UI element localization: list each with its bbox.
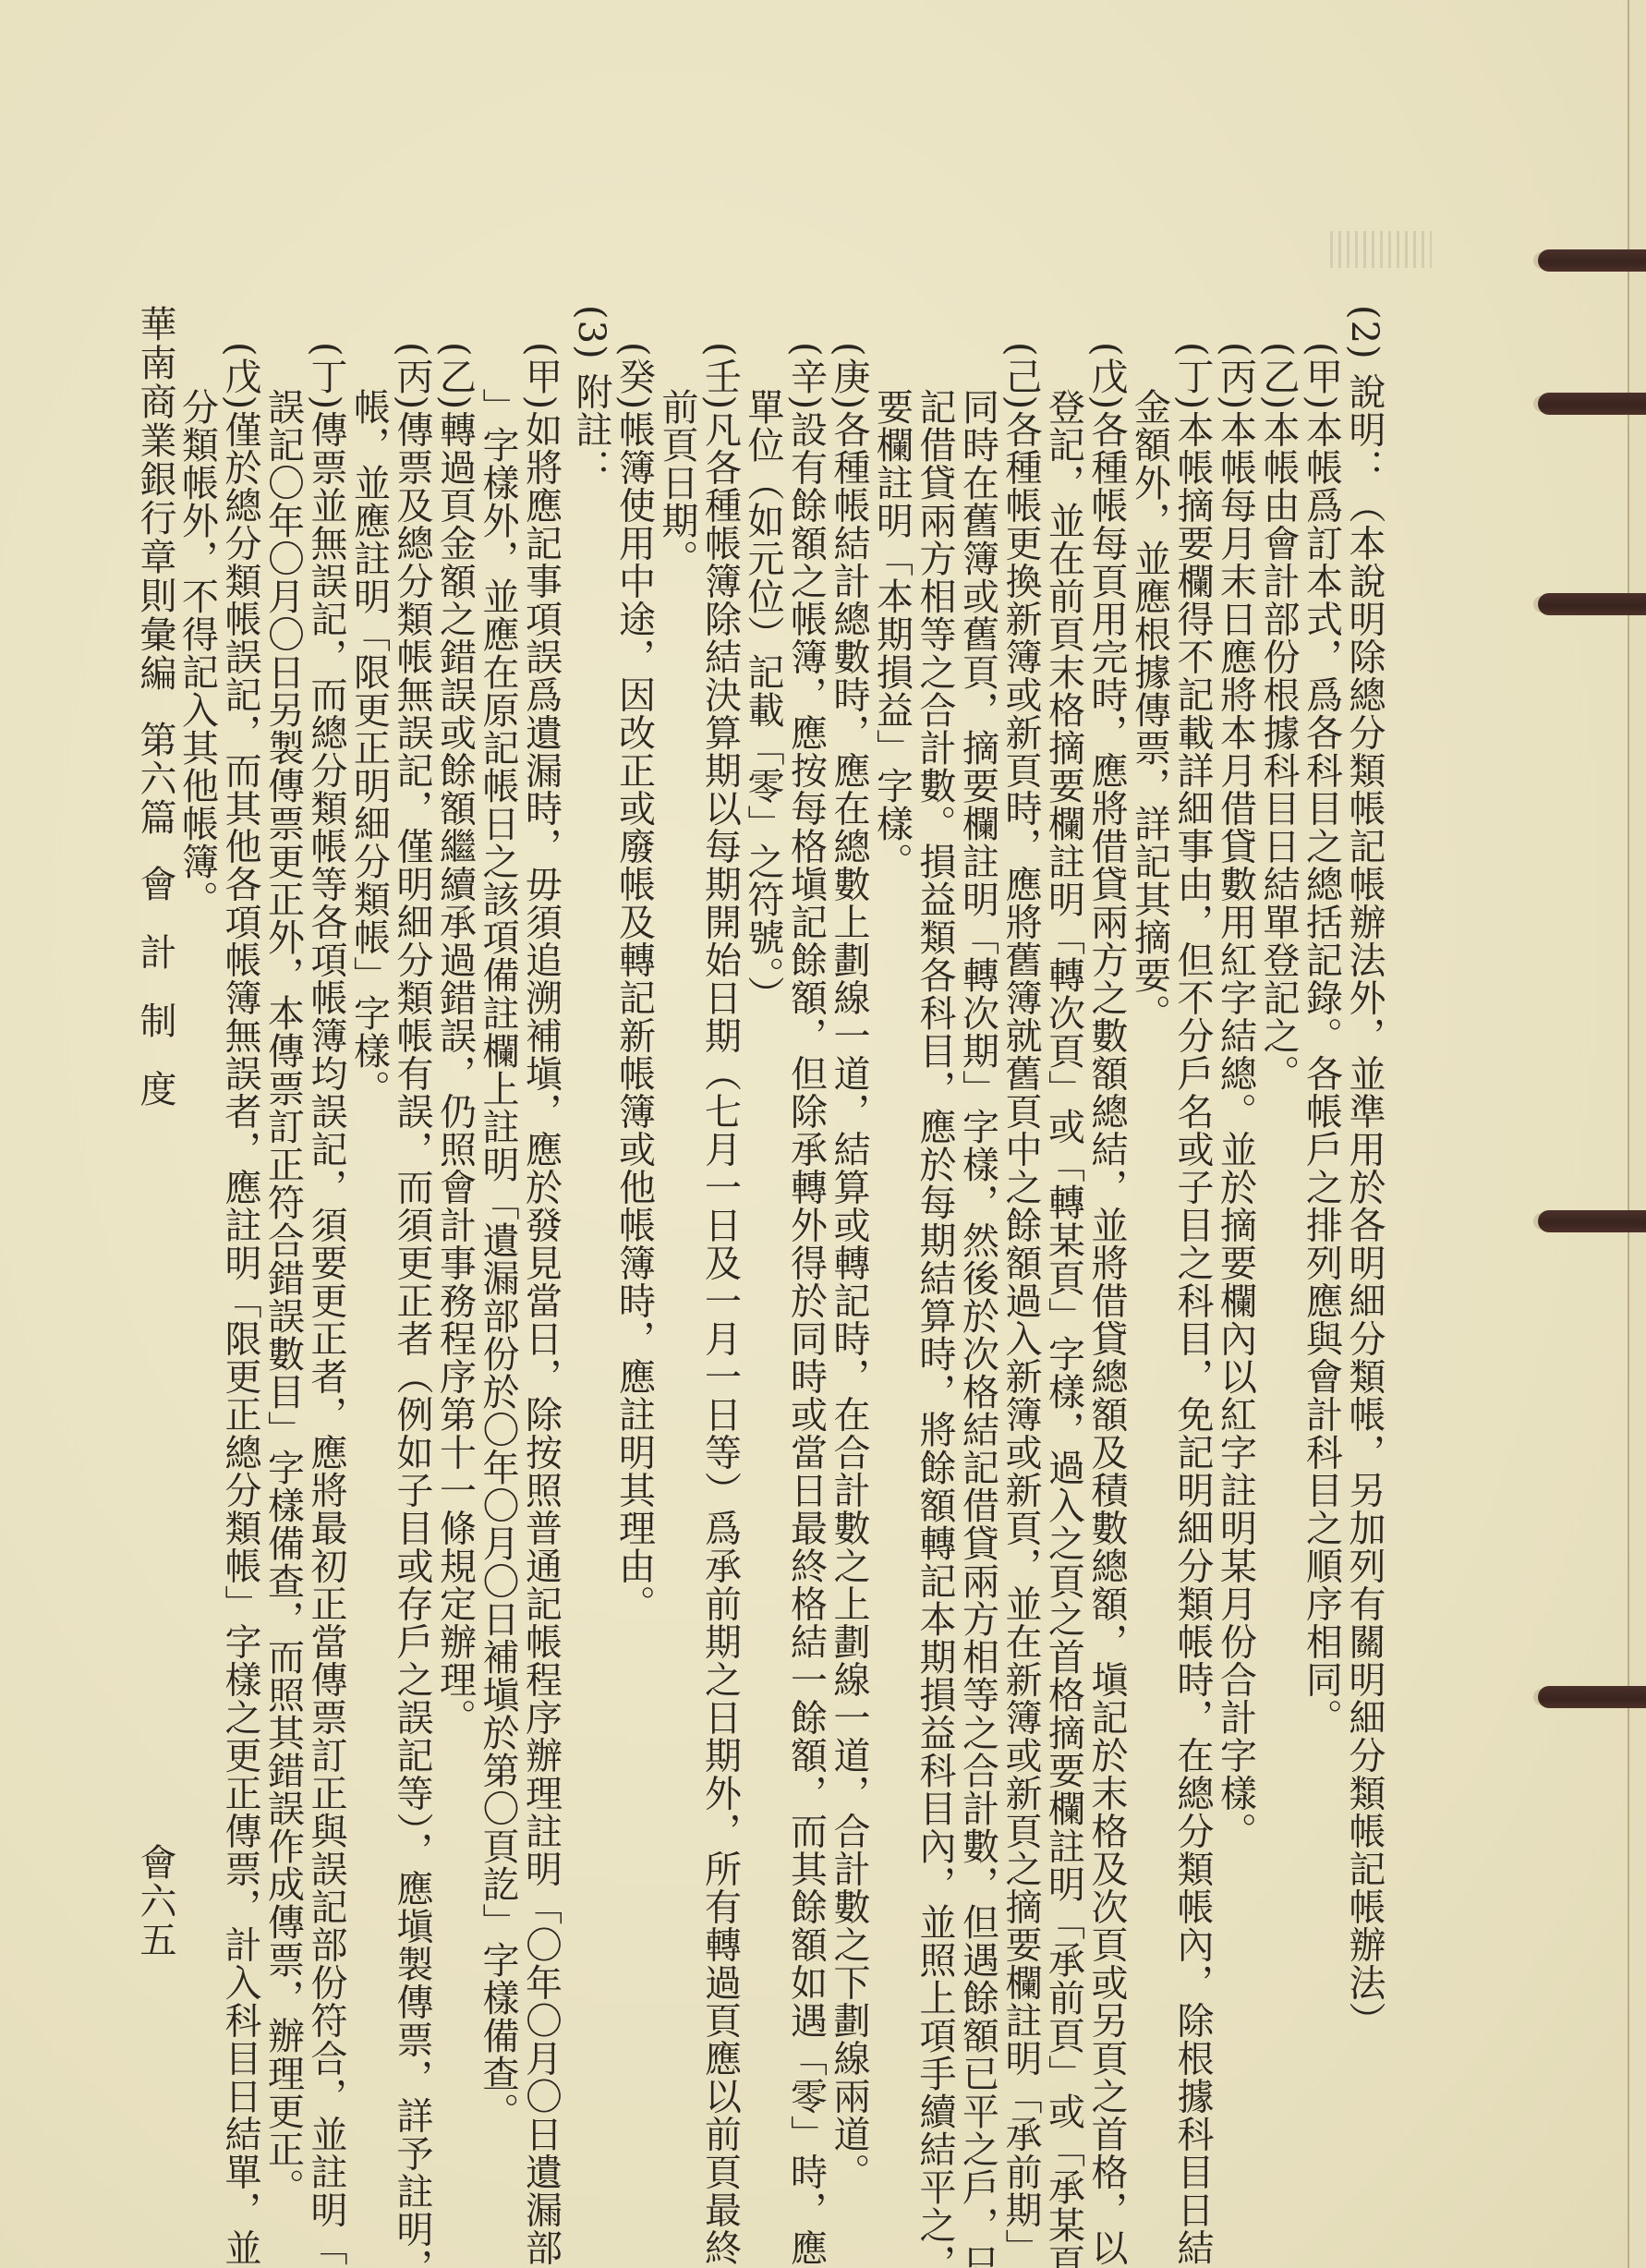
binding-cord: [1538, 393, 1646, 415]
clause-line: (辛)設有餘額之帳簿，應按每格塡記餘額，但除承轉外得於同時或當日最終格結一餘額，…: [784, 305, 828, 1968]
page-edge: [1628, 0, 1646, 2268]
section-3-items: (甲)如將應記事項誤爲遺漏時，毋須追溯補塡，應於發見當日，除按照普通記帳程序辦理…: [175, 305, 563, 1968]
clause-line: (戊)僅於總分類帳誤記，而其他各項帳簿無誤者，應註明「限更正總分類帳」字樣之更正…: [219, 305, 262, 1968]
binding-cord: [1538, 249, 1646, 272]
clause-continuation-line: 前頁日期。: [656, 305, 699, 1968]
clause-continuation-line: 誤記〇年〇月〇日另製傳票更正外，本傳票訂正符合錯誤數目」字樣備查，而照其錯誤作成…: [261, 305, 305, 1968]
binding-cord: [1538, 593, 1646, 615]
clause-line: (壬)凡各種帳簿除結決算期以每期開始日期（七月一日及一月一日等）爲承前期之日期外…: [698, 305, 742, 1968]
clause-line: (丁)傳票並無誤記，而總分類帳等各項帳簿均誤記，須要更正者，應將最初正當傳票訂正…: [305, 305, 348, 1968]
book-title: 華南商業銀行章則彙編: [134, 305, 176, 693]
clause-line: (丙)本帳每月末日應將本月借貸數用紅字結總。並於摘要欄內以紅字註明某月份合計字樣…: [1214, 305, 1257, 1968]
binding-cord: [1538, 1210, 1646, 1232]
clause-continuation-line: 」字樣外，並應在原記帳日之該項備註欄上註明「遺漏部份於〇年〇月〇日補塡於第〇頁訖…: [477, 305, 520, 1968]
section-2-items: (甲)本帳爲訂本式，爲各科目之總括記錄。各帳戶之排列應與會計科目之順序相同。(乙…: [612, 305, 1343, 1968]
clause-continuation-line: 登記，並在前頁末格摘要欄註明「轉次頁」或「轉某頁」字樣，過入之頁之首格摘要欄註明…: [1042, 305, 1085, 1968]
clause-line: (乙)轉過頁金額之錯誤或餘額繼續承過錯誤，仍照會計事務程序第十一條規定辦理。: [433, 305, 477, 1968]
clause-line: (己)各種帳更換新簿或新頁時，應將舊簿就舊頁中之餘額過入新簿或新頁，並在新簿或新…: [999, 305, 1043, 1968]
clause-continuation-line: 記借貸兩方相等之合計數。損益類各科目，應於每期結算時，將餘額轉記本期損益科目內，…: [914, 305, 957, 1968]
page-number: 會六五: [129, 1843, 182, 1959]
clause-continuation-line: 帳，並應註明「限更正明細分類帳」字樣。: [347, 305, 391, 1968]
clause-line: (癸)帳簿使用中途，因改正或廢帳及轉記新帳簿或他帳簿時，應註明其理由。: [612, 305, 656, 1968]
bleed-through-mark: [1330, 231, 1432, 268]
clause-line: (乙)本帳由會計部份根據科目日結單登記之。: [1257, 305, 1301, 1968]
part-title: 第六篇: [134, 721, 176, 837]
clause-line: (丁)本帳摘要欄得不記載詳細事由，但不分戶名或子目之科目，免記明細分類帳時，在總…: [1171, 305, 1215, 1968]
clause-continuation-line: 單位（如元位）記載「零」之符號。）: [742, 305, 785, 1968]
clause-continuation-line: 同時在舊簿或舊頁，摘要欄註明「轉次期」字樣，然後於次格結記借貸兩方相等之合計數，…: [956, 305, 999, 1968]
clause-line: (庚)各種帳結計總數時，應在總數上劃線一道，結算或轉記時，在合計數之上劃線一道，…: [828, 305, 871, 1968]
binding-cord: [1538, 1686, 1646, 1708]
clause-line: (甲)如將應記事項誤爲遺漏時，毋須追溯補塡，應於發見當日，除按照普通記帳程序辦理…: [519, 305, 563, 1968]
chapter-title: 會計制度: [134, 865, 176, 1138]
clause-line: (丙)傳票及總分類帳無誤記，僅明細分類帳有誤，而須更正者（例如子目或存戶之誤記等…: [391, 305, 434, 1968]
section-3-heading: (3) 附註：: [570, 305, 613, 1968]
clause-continuation-line: 金額外，並應根據傳票，詳記其摘要。: [1128, 305, 1171, 1968]
clause-line: (戊)各種帳每頁用完時，應將借貸兩方之數額總結，並將借貸總額及積數總額，塡記於末…: [1085, 305, 1129, 1968]
document-body: (2) 說明：（本說明除總分類帳記帳辦法外，並準用於各明細分類帳，另加列有關明細…: [175, 305, 1386, 1968]
clause-line: (甲)本帳爲訂本式，爲各科目之總括記錄。各帳戶之排列應與會計科目之順序相同。: [1300, 305, 1343, 1968]
running-title: 華南商業銀行章則彙編第六篇會計制度: [129, 305, 182, 1138]
section-2-heading: (2) 說明：（本說明除總分類帳記帳辦法外，並準用於各明細分類帳，另加列有關明細…: [1343, 305, 1386, 1968]
clause-continuation-line: 要欄註明「本期損益」字樣。: [870, 305, 914, 1968]
